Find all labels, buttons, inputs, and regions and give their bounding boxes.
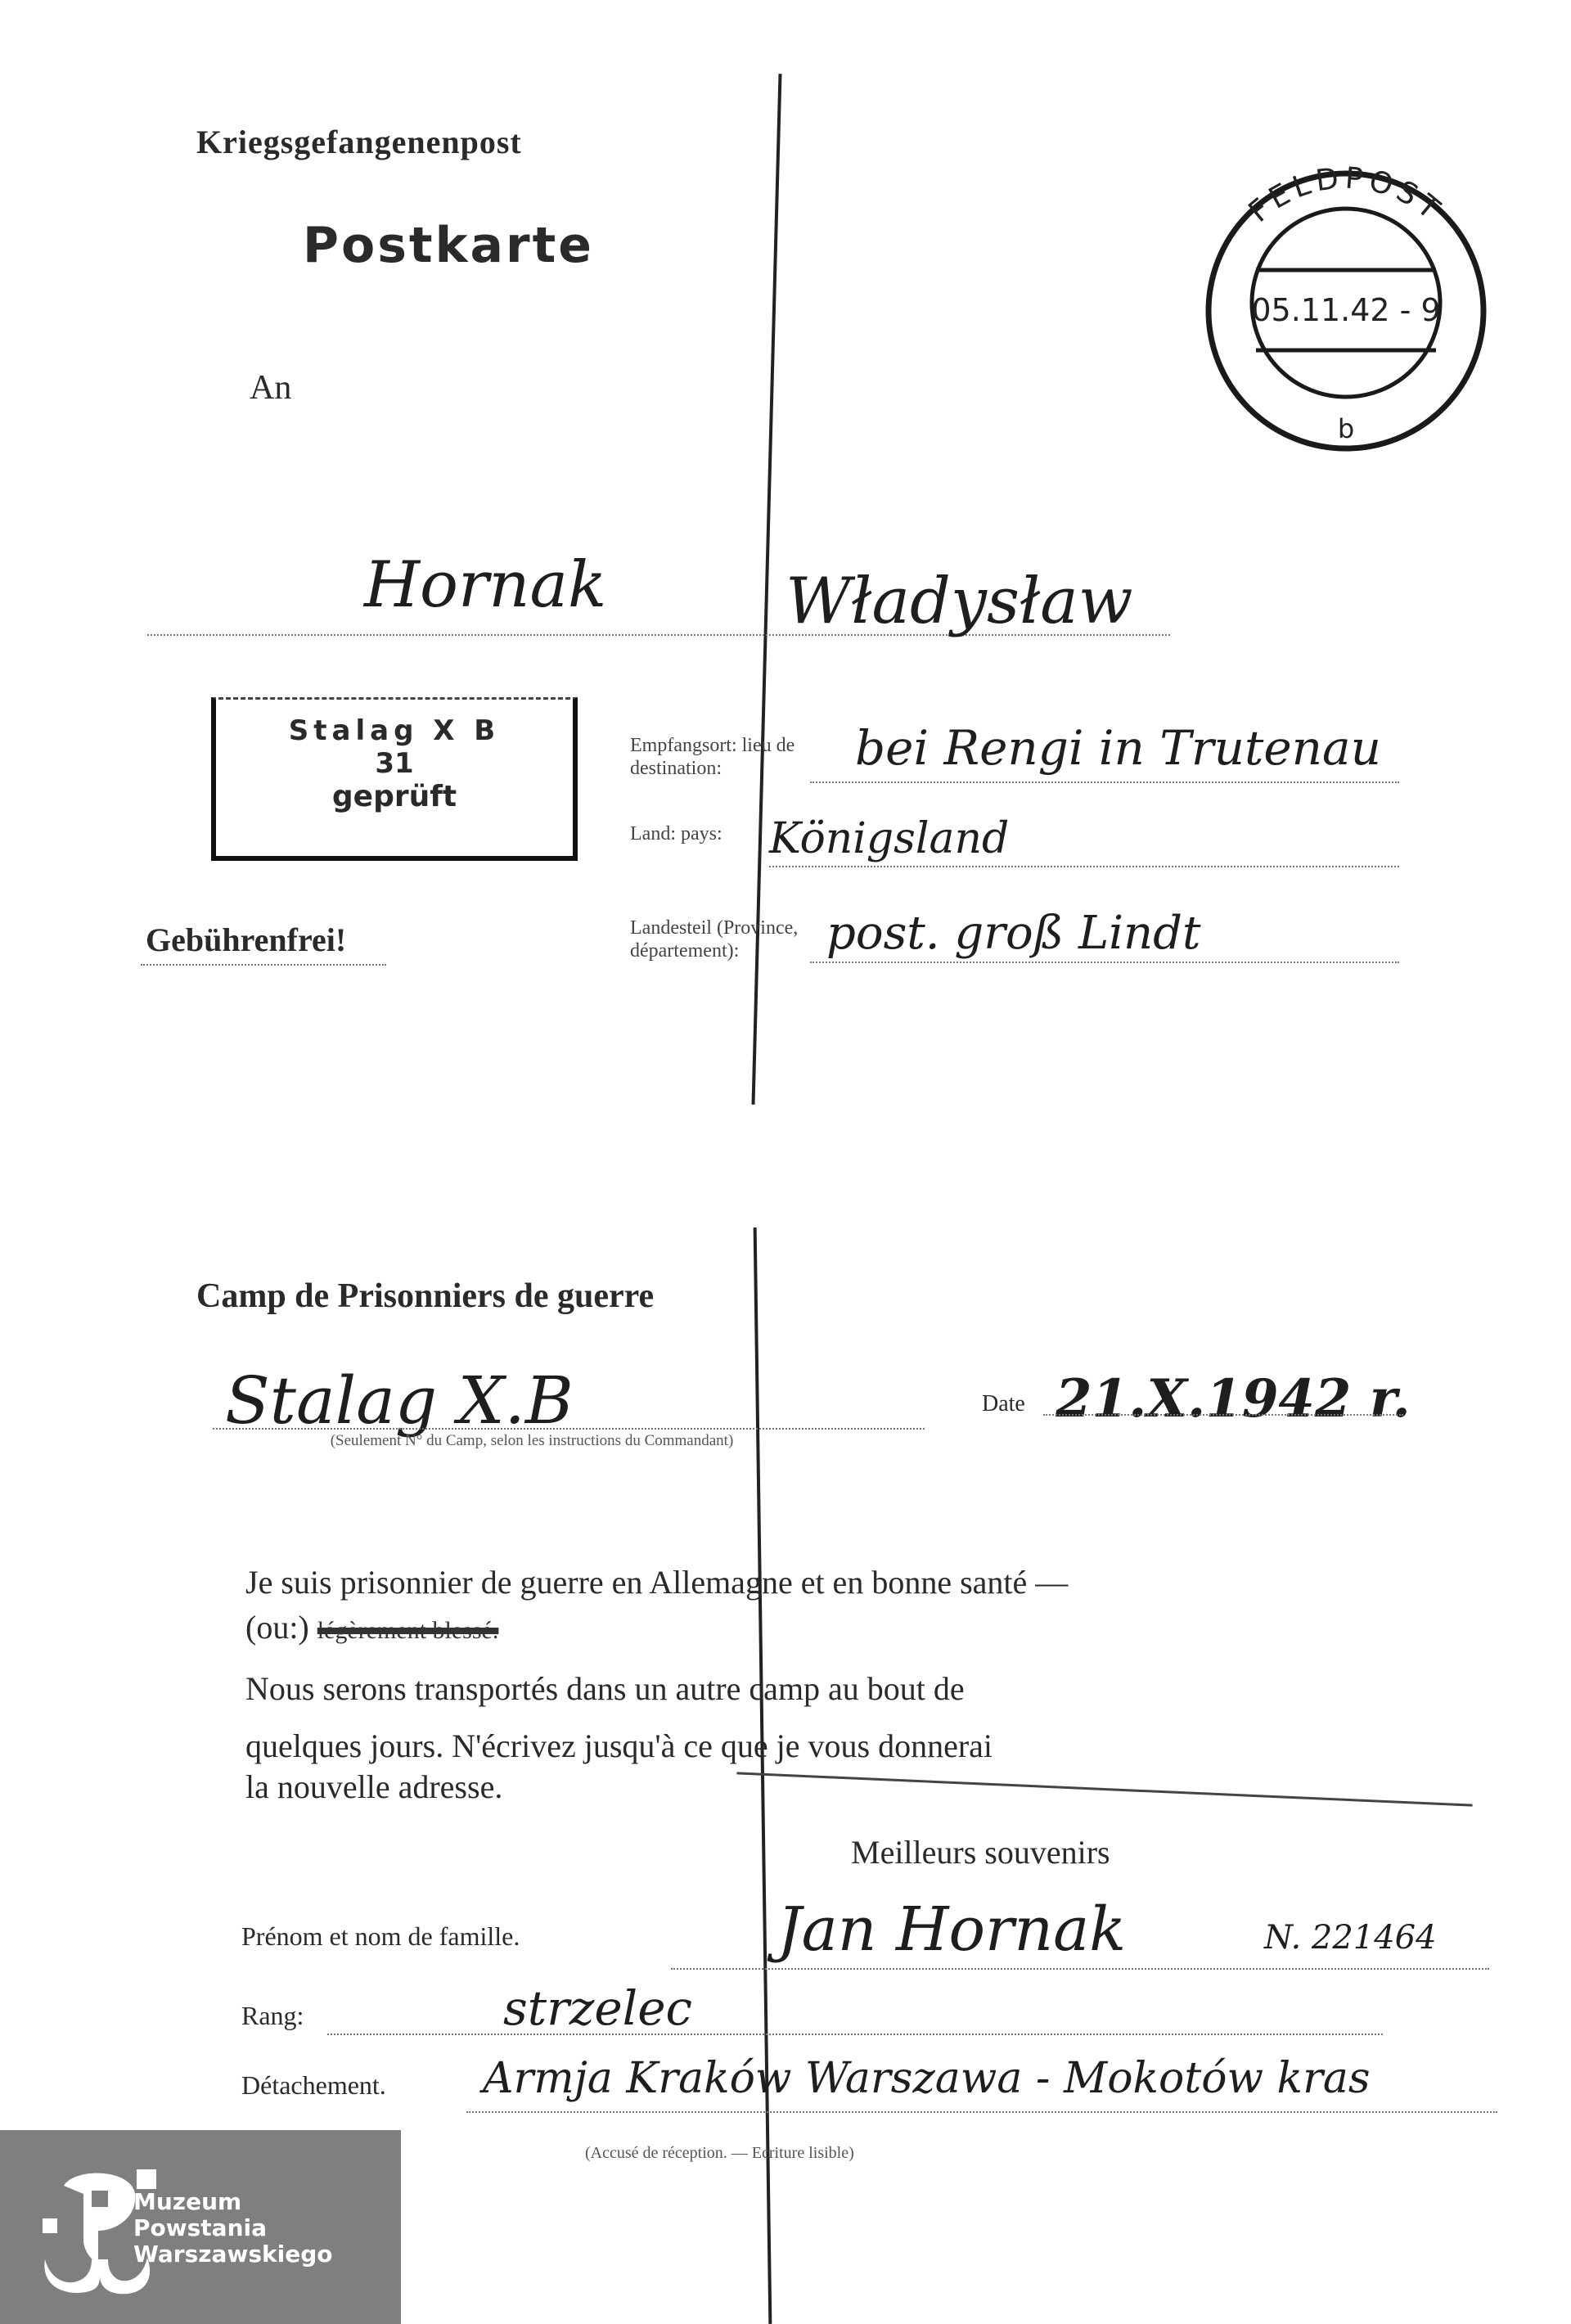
logo-line-2: Powstania: [133, 2215, 332, 2241]
fee-label: Gebührenfrei!: [146, 921, 346, 959]
censor-stamp-checked: geprüft: [216, 780, 573, 813]
rank-line: [327, 2033, 1383, 2035]
postmark-letter: b: [1338, 413, 1354, 444]
date-label: Date: [982, 1391, 1025, 1417]
label-detachment: Détachement.: [241, 2070, 386, 2101]
message-line-5: la nouvelle adresse.: [245, 1768, 502, 1806]
message-line-4: quelques jours. N'écrivez jusqu'à ce que…: [245, 1727, 993, 1765]
card2-header: Camp de Prisonniers de guerre: [196, 1277, 654, 1316]
label-name: Prénom et nom de famille.: [241, 1921, 520, 1952]
censor-stamp: Stalag X B 31 geprüft: [211, 697, 578, 861]
card-title: Postkarte: [303, 217, 594, 274]
value-rank: strzelec: [503, 1980, 692, 2036]
logo-text: Muzeum Powstania Warszawskiego: [133, 2189, 332, 2268]
museum-logo: Muzeum Powstania Warszawskiego: [0, 2130, 401, 2324]
censor-stamp-camp: Stalag X B: [216, 714, 573, 747]
fee-underline: [141, 964, 386, 966]
footer-note: (Accusé de réception. — Ecriture lisible…: [585, 2144, 854, 2163]
camp-note: (Seulement N° du Camp, selon les instruc…: [217, 1432, 847, 1450]
place-line: [810, 781, 1399, 783]
censor-stamp-number: 31: [216, 747, 573, 780]
detachment-line: [466, 2111, 1497, 2113]
postmark-stamp: FELDPOST 05.11.42 - 9 b: [1191, 164, 1501, 458]
message-line-3: Nous serons transportés dans un autre ca…: [245, 1669, 965, 1708]
message-or: (ou:): [245, 1609, 309, 1646]
field-label-province: Landesteil (Province, département):: [630, 917, 818, 962]
logo-line-1: Muzeum: [133, 2189, 332, 2215]
field-value-country: Königsland: [769, 814, 1009, 863]
field-label-place: Empfangsort: lieu de destination:: [630, 734, 810, 780]
postmark-date: 05.11.42 - 9: [1251, 292, 1440, 328]
province-line: [810, 962, 1399, 963]
to-label: An: [250, 368, 291, 408]
country-line: [769, 866, 1399, 867]
message-line-1: Je suis prisonnier de guerre en Allemagn…: [245, 1563, 1068, 1601]
value-prisoner-number: N. 221464: [1264, 1919, 1437, 1957]
recipient-first-name: Władysław: [785, 565, 1133, 638]
camp-line: [213, 1428, 925, 1430]
date-value: 21.X.1942 r.: [1056, 1368, 1411, 1430]
postmark-top-text: FELDPOST: [1243, 164, 1450, 229]
value-name: Jan Hornak: [777, 1894, 1126, 1965]
logo-line-3: Warszawskiego: [133, 2241, 332, 2268]
struck-text: légèrement blessé.: [317, 1617, 499, 1644]
field-value-place: bei Rengi in Trutenau: [855, 720, 1381, 776]
field-value-province: post. groß Lindt: [826, 907, 1200, 960]
label-rank: Rang:: [241, 2001, 304, 2031]
closing: Meilleurs souvenirs: [851, 1833, 1110, 1871]
date-line: [1043, 1414, 1403, 1416]
message-line-2: (ou:) légèrement blessé.: [245, 1608, 498, 1646]
name-line: [671, 1968, 1489, 1970]
svg-text:FELDPOST: FELDPOST: [1243, 164, 1450, 229]
value-detachment: Armja Kraków Warszawa - Mokotów kras: [483, 2054, 1371, 2103]
card-header: Kriegsgefangenenpost: [196, 123, 522, 161]
fold-crease-horizontal: [736, 1772, 1472, 1806]
recipient-surname: Hornak: [364, 548, 606, 622]
field-label-country: Land: pays:: [630, 822, 745, 845]
